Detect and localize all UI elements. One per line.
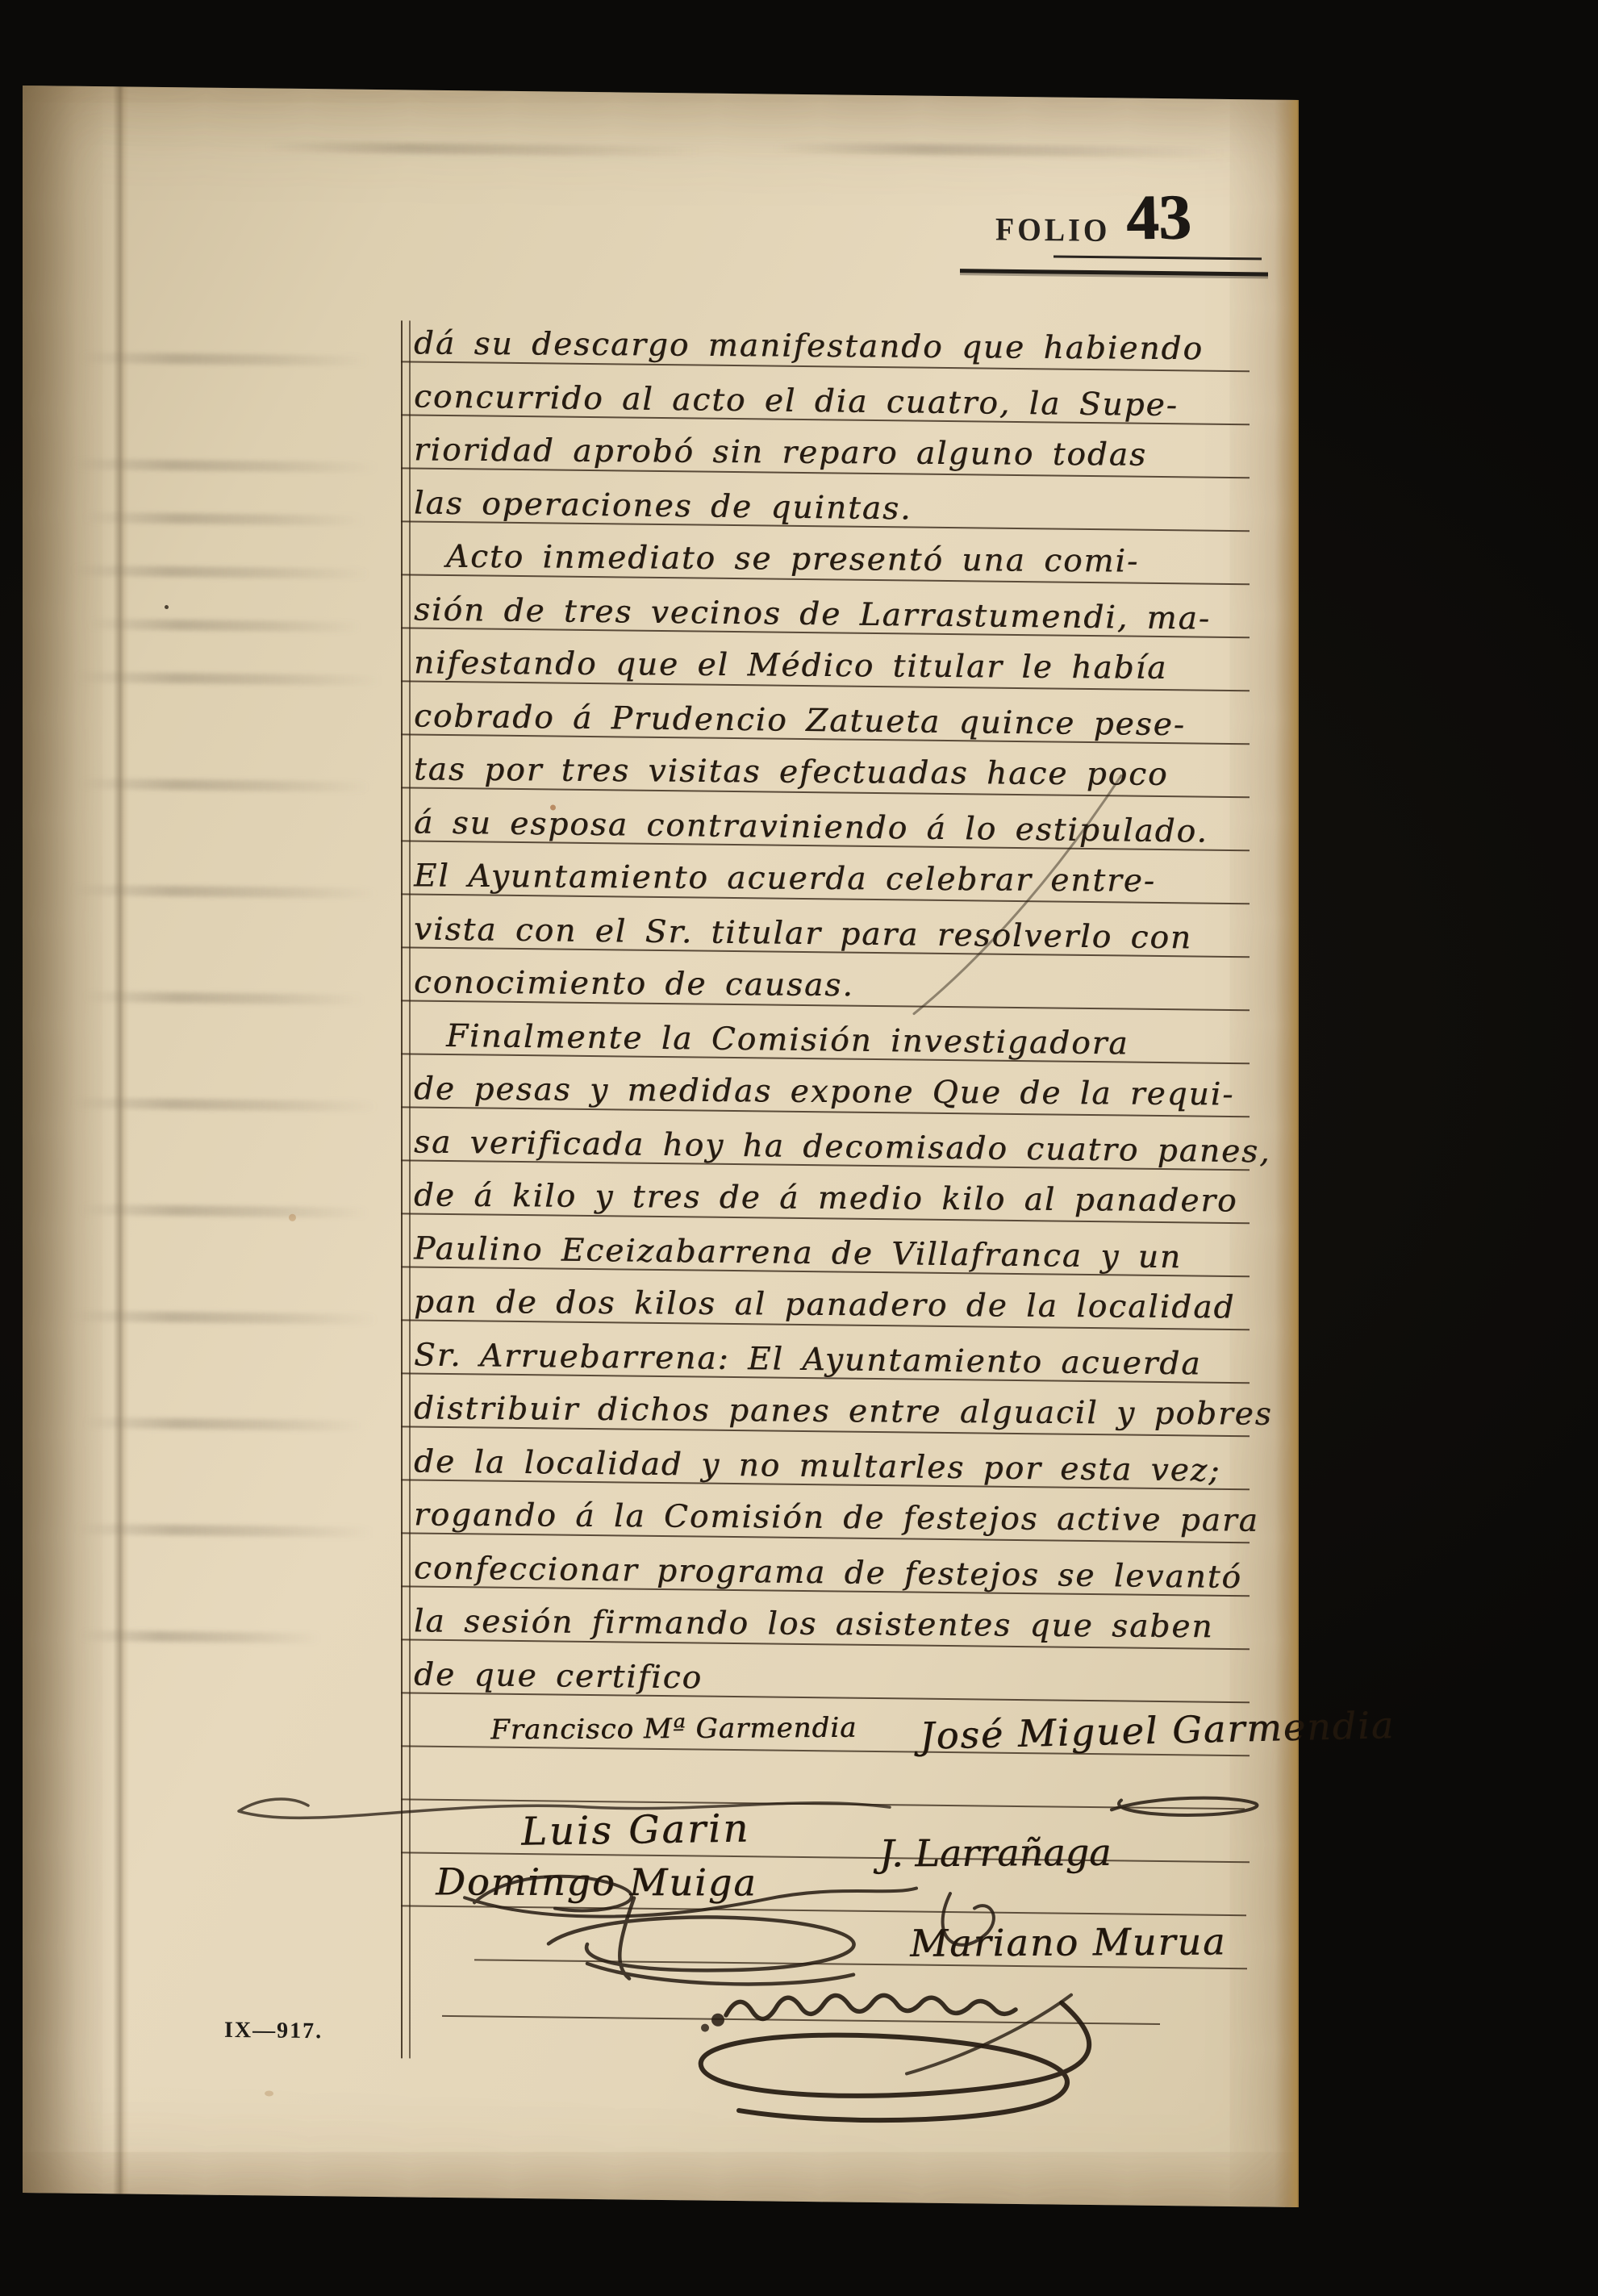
manuscript-line-text: de que certifico <box>401 1660 703 1695</box>
folio-header: FOLIO 43 <box>958 177 1305 294</box>
signature-domingo-muiga: Domingo Muiga <box>436 1860 757 1905</box>
manuscript-line-text: rioridad aprobó sin reparo alguno todas <box>401 436 1147 473</box>
document-page: FOLIO 43 dá su descargo manifestando que… <box>23 86 1299 2207</box>
signature-jose-miguel-garmendia: José Miguel Garmendia <box>919 1703 1396 1758</box>
manuscript-line-text: dá su descargo manifestando que habiendo <box>401 329 1204 366</box>
ruled-line <box>401 1798 1245 1810</box>
illegible-signature-entry <box>907 1993 1071 2075</box>
folio-underline-thin <box>1054 255 1262 260</box>
manuscript-line-text: de pesas y medidas expone Que de la requ… <box>401 1075 1235 1112</box>
manuscript-line-text: conocimiento de causas. <box>401 968 854 1003</box>
ink-speck <box>165 605 169 609</box>
rust-stain <box>289 1214 296 1221</box>
folio-underline-heavy <box>960 269 1268 276</box>
manuscript-line-text: rogando á la Comisión de festejos active… <box>401 1501 1259 1538</box>
page-gutter-shadow <box>23 86 119 2194</box>
signature-mariano-murua: Mariano Murua <box>910 1920 1227 1965</box>
footer-code: IX—917. <box>224 2018 323 2044</box>
manuscript-line-text: nifestando que el Médico titular le habí… <box>401 649 1168 686</box>
photo-backdrop: FOLIO 43 dá su descargo manifestando que… <box>0 0 1598 2296</box>
page-edge-strip <box>1275 100 1299 2207</box>
illegible-signature-scrawl <box>726 1993 1016 2022</box>
folio-label: FOLIO <box>995 214 1110 248</box>
page-crease <box>113 86 129 2194</box>
manuscript-line: de que certifico <box>401 1639 1250 1703</box>
ruled-line <box>442 2015 1160 2025</box>
bleedthrough-smudge <box>265 141 700 157</box>
folio-number: 43 <box>1125 186 1191 251</box>
bleedthrough-smudge <box>773 143 1225 158</box>
rust-stain <box>265 2090 273 2096</box>
manuscript-line-text: de á kilo y tres de á medio kilo al pana… <box>401 1181 1238 1218</box>
manuscript-line-text: la sesión firmando los asistentes que sa… <box>401 1607 1214 1644</box>
signature-luis-garin: Luis Garin <box>520 1806 751 1855</box>
illegible-signature-loops <box>701 1999 1089 2123</box>
ruled-line <box>401 1905 1246 1916</box>
signature-francisco-garmendia: Francisco Mª Garmendia <box>490 1712 857 1747</box>
manuscript-line-text: distribuir dichos panes entre alguacil y… <box>401 1394 1273 1432</box>
manuscript-line-text: Acto inmediato se presentó una comi- <box>401 542 1139 578</box>
signature-larranaga: J. Larrañaga <box>879 1831 1112 1876</box>
ink-blot <box>701 2024 709 2032</box>
manuscript-line-text: tas por tres visitas efectuadas hace poc… <box>401 755 1169 792</box>
manuscript-line-text: pan de dos kilos al panadero de la local… <box>401 1288 1236 1325</box>
scanned-archive-photo: { "folio": { "label": "FOLIO", "number":… <box>0 0 1598 2296</box>
manuscript-line-text: El Ayuntamiento acuerda celebrar entre- <box>401 862 1156 899</box>
